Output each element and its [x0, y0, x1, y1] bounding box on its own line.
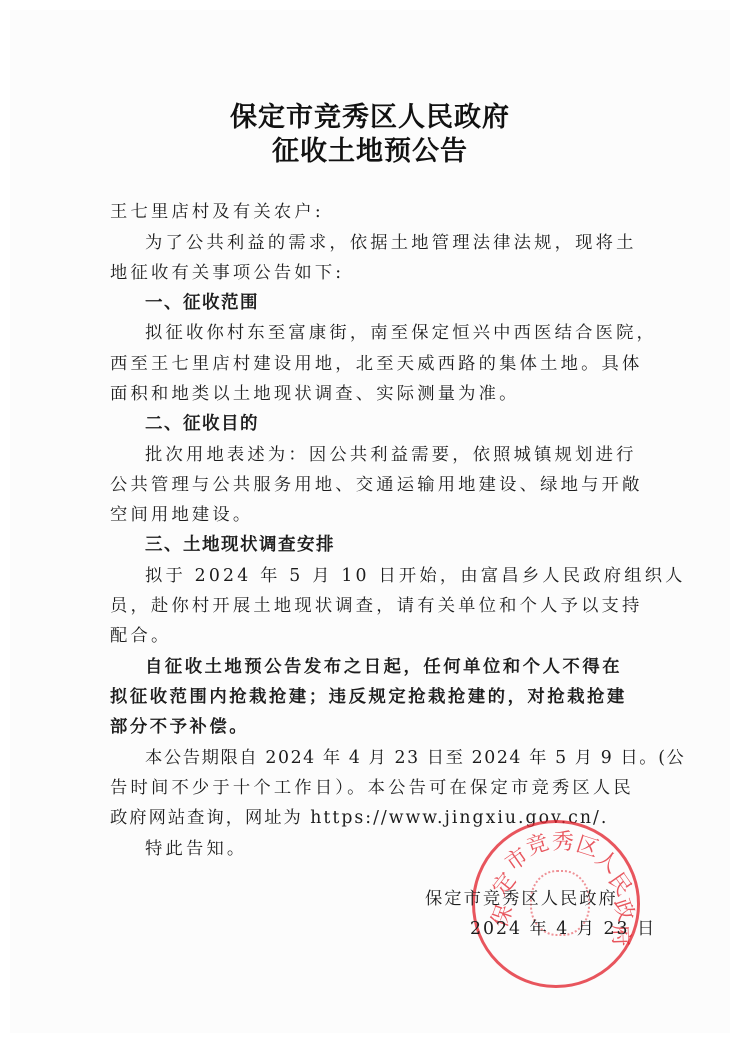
section-heading-survey: 三、土地现状调查安排 — [145, 530, 335, 560]
period-text: 本公告期限自 2024 年 4 月 23 日至 2024 年 5 月 9 日。(… — [145, 743, 685, 773]
section-text: 员，赴你村开展土地现状调查，请有关单位和个人予以支持 — [110, 591, 643, 621]
intro-line: 为了公共利益的需求，依据土地管理法律法规，现将土 — [145, 228, 637, 258]
section-text: 配合。 — [110, 621, 171, 651]
section-text: 批次用地表述为：因公共利益需要，依照城镇规划进行 — [145, 440, 637, 470]
section-text: 拟于 2024 年 5 月 10 日开始，由富昌乡人民政府组织人 — [145, 561, 686, 591]
intro-line: 地征收有关事项公告如下: — [110, 258, 344, 288]
section-text: 面积和地类以土地现状调查、实际测量为准。 — [110, 379, 520, 409]
section-text: 西至王七里店村建设用地，北至天威西路的集体土地。具体 — [110, 349, 643, 379]
warning-text: 拟征收范围内抢栽抢建；违反规定抢栽抢建的，对抢栽抢建 — [110, 682, 627, 712]
addressee: 王七里店村及有关农户: — [110, 197, 324, 227]
section-heading-purpose: 二、征收目的 — [145, 409, 259, 439]
issuer-name: 保定市竞秀区人民政府 — [425, 884, 618, 909]
document-title-line1: 保定市竞秀区人民政府 — [0, 100, 740, 136]
period-text: 告时间不少于十个工作日）。本公告可在保定市竞秀区人民 — [110, 773, 634, 803]
warning-text: 部分不予补偿。 — [110, 712, 249, 742]
issue-date: 2024 年 4 月 23 日 — [470, 914, 656, 939]
section-text: 拟征收你村东至富康街，南至保定恒兴中西医结合医院， — [145, 318, 657, 348]
seal-char: 秀 — [552, 825, 574, 856]
closing-text: 特此告知。 — [145, 834, 247, 864]
section-heading-scope: 一、征收范围 — [145, 288, 259, 318]
document-title-line2: 征收土地预公告 — [0, 134, 740, 170]
warning-text: 自征收土地预公告发布之日起，任何单位和个人不得在 — [145, 652, 622, 682]
section-text: 公共管理与公共服务用地、交通运输用地建设、绿地与开敞 — [110, 470, 643, 500]
section-text: 空间用地建设。 — [110, 500, 253, 530]
